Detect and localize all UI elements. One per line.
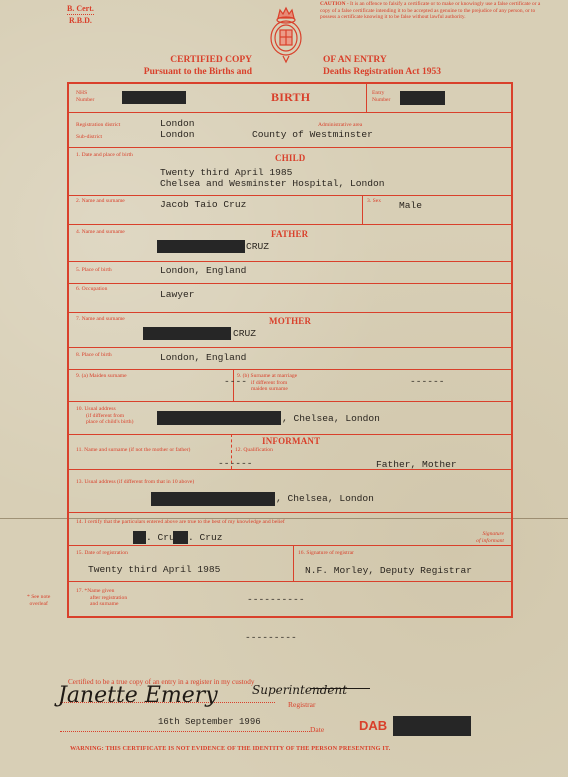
certificate-title-right: OF AN ENTRY Deaths Registration Act 1953 (323, 54, 441, 78)
father-occupation-value: Lawyer (160, 289, 195, 301)
registration-date-value: Twenty third April 1985 (88, 564, 220, 576)
father-occupation-label: 6. Occupation (76, 286, 107, 293)
mother-address-redacted (157, 411, 281, 425)
informant-name-value: ------ (218, 458, 253, 470)
registrar-label: Registrar (288, 700, 316, 709)
see-note-overleaf: * See noteoverleaf (27, 594, 50, 607)
registrar-signature-label: 16. Signature of registrar (298, 550, 354, 557)
role-underline (310, 688, 370, 689)
handwritten-role: Superintendent (252, 683, 347, 697)
handwritten-signature: Janette Emery (58, 683, 218, 708)
informant-name-label: 11. Name and surname (if not the mother … (76, 447, 190, 454)
sub-district-label: Sub-district (76, 134, 102, 141)
caution-label: CAUTION (320, 1, 345, 7)
registration-district-label: Registration district (76, 122, 120, 129)
certificate-issue-date: 16th September 1996 (158, 716, 261, 728)
entry-number-label: EntryNumber (372, 90, 390, 103)
register-entry-form: NHSNumber BIRTH EntryNumber Registration… (67, 82, 513, 618)
mother-birthplace-value: London, England (160, 352, 246, 364)
sub-district-value: London (160, 129, 195, 141)
qualification-value: Father, Mother (376, 459, 457, 471)
informant-signature-part-2: . Cruz (188, 532, 223, 544)
form-code-line-2: R.B.D. (69, 16, 92, 25)
marriage-surname-value: ------ (410, 376, 445, 388)
nhs-number-redacted (122, 91, 186, 104)
usual-address-label: 10. Usual address (if different from pla… (76, 406, 133, 426)
certify-statement-label: 14. I certify that the particulars enter… (76, 519, 285, 526)
father-surname-value: CRUZ (246, 241, 269, 253)
child-sex-value: Male (399, 200, 422, 212)
qualification-label: 12. Qualification (235, 447, 273, 454)
record-type-title: BIRTH (271, 90, 310, 105)
informant-address-redacted (151, 492, 275, 506)
form-code-line-1: B. Cert. (67, 3, 94, 15)
title-pursuant: Pursuant to the Births and (110, 66, 252, 78)
mother-forename-redacted (143, 327, 231, 340)
father-birthplace-value: London, England (160, 265, 246, 277)
serial-prefix: DAB (359, 718, 387, 733)
title-act: Deaths Registration Act 1953 (323, 66, 441, 78)
form-code: B. Cert. R.B.D. (67, 3, 94, 26)
caution-text: - It is an offence to falsify a certific… (320, 1, 540, 20)
child-name-label: 2. Name and surname (76, 198, 125, 205)
informant-initial-2-redacted (173, 531, 188, 544)
informant-address-label: 13. Usual address (if different from tha… (76, 479, 194, 486)
mother-name-label: 7. Name and surname (76, 316, 125, 323)
serial-number-redacted (393, 716, 471, 736)
date-label: Date (310, 725, 324, 734)
title-of-an-entry: OF AN ENTRY (323, 54, 441, 66)
registrar-signature-value: N.F. Morley, Deputy Registrar (305, 565, 472, 577)
informant-initial-1-redacted (133, 531, 146, 544)
father-section-title: FATHER (271, 229, 308, 239)
maiden-surname-label: 9. (a) Maiden surname (76, 373, 127, 380)
identity-warning: WARNING: THIS CERTIFICATE IS NOT EVIDENC… (70, 745, 390, 752)
informant-section-title: INFORMANT (262, 436, 320, 446)
certificate-title-left: CERTIFIED COPY Pursuant to the Births an… (110, 54, 252, 78)
mother-surname-value: CRUZ (233, 328, 256, 340)
child-section-title: CHILD (275, 153, 306, 163)
child-birthplace-value: Chelsea and Wesminster Hospital, London (160, 178, 385, 190)
child-sex-label: 3. Sex (367, 198, 381, 205)
name-after-registration-label: 17. *Name given after registration and s… (76, 588, 127, 608)
below-form-dashes: --------- (245, 632, 297, 644)
entry-number-redacted (400, 91, 445, 105)
royal-crest-icon (266, 4, 306, 64)
date-place-birth-label: 1. Date and place of birth (76, 152, 133, 159)
father-name-label: 4. Name and surname (76, 229, 125, 236)
caution-notice: CAUTION - It is an offence to falsify a … (320, 1, 548, 21)
admin-area-label: Administrative area (318, 122, 362, 129)
marriage-surname-label: 9. (b) Surname at marriage if different … (237, 373, 297, 393)
father-birthplace-label: 5. Place of birth (76, 267, 112, 274)
title-certified-copy: CERTIFIED COPY (110, 54, 252, 66)
father-forename-redacted (157, 240, 245, 253)
mother-section-title: MOTHER (269, 316, 311, 326)
admin-area-value: County of Westminster (252, 129, 373, 141)
nhs-number-label: NHSNumber (76, 90, 94, 103)
mother-birthplace-label: 8. Place of birth (76, 352, 112, 359)
mother-address-value: , Chelsea, London (282, 413, 380, 425)
registration-date-label: 15. Date of registration (76, 550, 128, 557)
name-after-registration-value: ---------- (247, 594, 305, 606)
informant-address-value: , Chelsea, London (276, 493, 374, 505)
date-line (60, 731, 310, 732)
signature-of-informant-label: Signatureof informant (464, 531, 504, 544)
child-name-value: Jacob Taio Cruz (160, 199, 246, 211)
